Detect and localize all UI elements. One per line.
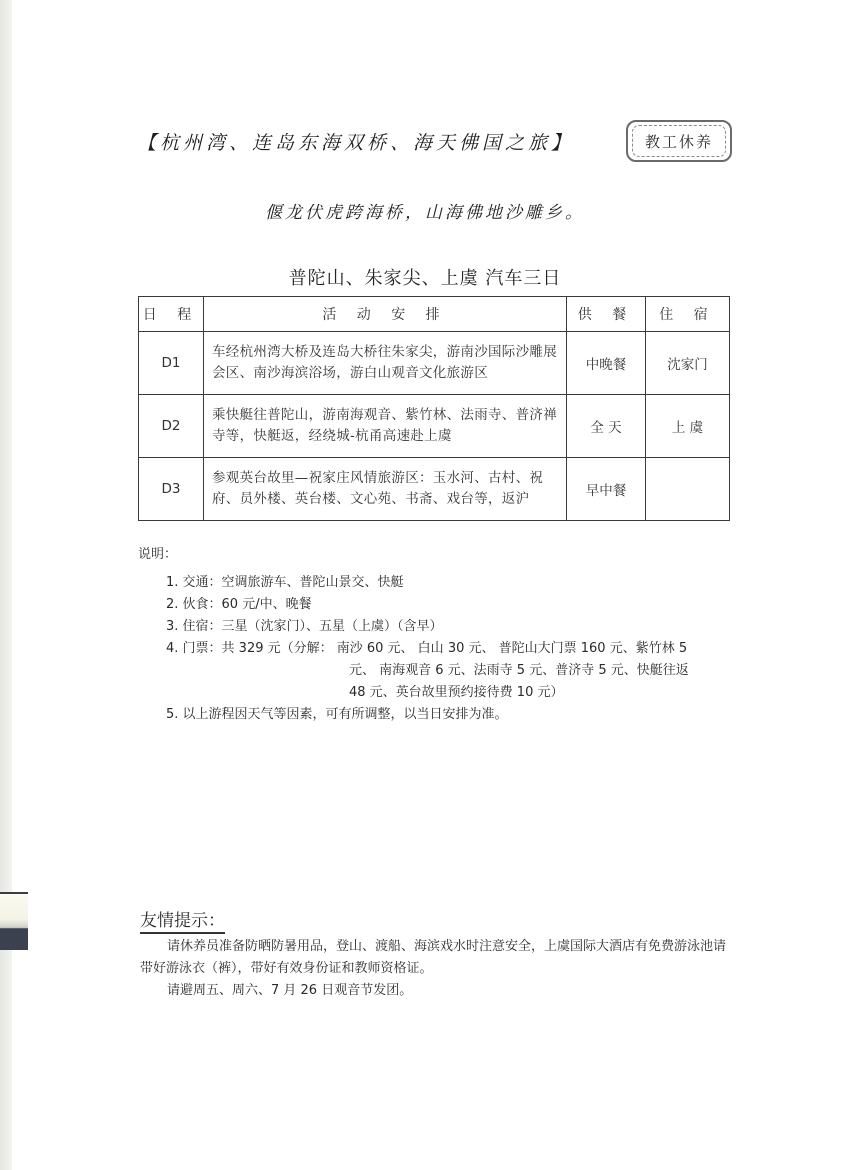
cell-lodging: 沈家门 — [646, 332, 730, 395]
note-meals: 2. 伙食：60 元/中、晚餐 — [166, 594, 746, 616]
column-header-lodging: 住 宿 — [646, 297, 730, 332]
note-tickets-cont: 元、 南海观音 6 元、法雨寺 5 元、普济寺 5 元、快艇往返 — [166, 660, 746, 682]
column-header-activity: 活 动 安 排 — [204, 297, 567, 332]
note-tickets-cont: 48 元、英台故里预约接待费 10 元） — [166, 682, 746, 704]
stamp-label: 教工休养 — [642, 131, 716, 152]
scan-edge — [0, 0, 12, 1170]
cell-day: D2 — [139, 395, 204, 458]
tip-paragraph: 请休养员准备防晒防暑用品，登山、渡船、海滨戏水时注意安全，上虞国际大酒店有免费游… — [140, 936, 730, 980]
cell-meals: 中晚餐 — [567, 332, 646, 395]
stamp-badge: 教工休养 — [626, 120, 732, 162]
notes-list: 1. 交通：空调旅游车、普陀山景交、快艇 2. 伙食：60 元/中、晚餐 3. … — [166, 572, 746, 726]
cell-lodging — [646, 458, 730, 521]
table-row: D1 车经杭州湾大桥及连岛大桥往朱家尖，游南沙国际沙雕展会区、南沙海滨浴场，游白… — [139, 332, 730, 395]
trip-title: 【杭州湾、连岛东海双桥、海天佛国之旅】 — [137, 128, 574, 155]
itinerary-subtitle: 普陀山、朱家尖、上虞 汽车三日 — [0, 264, 850, 290]
cell-day: D1 — [139, 332, 204, 395]
cell-meals: 早中餐 — [567, 458, 646, 521]
notes-heading: 说明： — [138, 543, 177, 562]
tips-heading: 友情提示： — [140, 906, 225, 934]
slogan: 偃龙伏虎跨海桥，山海佛地沙雕乡。 — [0, 198, 850, 223]
scan-artifact — [0, 892, 28, 950]
tips-body: 请休养员准备防晒防暑用品，登山、渡船、海滨戏水时注意安全，上虞国际大酒店有免费游… — [140, 936, 730, 1002]
tip-paragraph: 请避周五、周六、7 月 26 日观音节发团。 — [140, 980, 730, 1002]
table-header-row: 日 程 活 动 安 排 供 餐 住 宿 — [139, 297, 730, 332]
column-header-day: 日 程 — [139, 297, 204, 332]
cell-day: D3 — [139, 458, 204, 521]
note-adjustment: 5. 以上游程因天气等因素，可有所调整，以当日安排为准。 — [166, 704, 746, 726]
note-transport: 1. 交通：空调旅游车、普陀山景交、快艇 — [166, 572, 746, 594]
table-row: D2 乘快艇往普陀山，游南海观音、紫竹林、法雨寺、普济禅寺等，快艇返，经绕城-杭… — [139, 395, 730, 458]
schedule-table: 日 程 活 动 安 排 供 餐 住 宿 D1 车经杭州湾大桥及连岛大桥往朱家尖，… — [138, 296, 730, 521]
cell-activity: 乘快艇往普陀山，游南海观音、紫竹林、法雨寺、普济禅寺等，快艇返，经绕城-杭甬高速… — [204, 395, 567, 458]
note-lodging: 3. 住宿：三星（沈家门）、五星（上虞）（含早） — [166, 616, 746, 638]
cell-lodging: 上 虞 — [646, 395, 730, 458]
cell-activity: 参观英台故里—祝家庄风情旅游区：玉水河、古村、祝府、员外楼、英台楼、文心苑、书斋… — [204, 458, 567, 521]
cell-activity: 车经杭州湾大桥及连岛大桥往朱家尖，游南沙国际沙雕展会区、南沙海滨浴场，游白山观音… — [204, 332, 567, 395]
note-tickets: 4. 门票：共 329 元（分解： 南沙 60 元、 白山 30 元、 普陀山大… — [166, 638, 746, 660]
cell-meals: 全 天 — [567, 395, 646, 458]
column-header-meals: 供 餐 — [567, 297, 646, 332]
table-row: D3 参观英台故里—祝家庄风情旅游区：玉水河、古村、祝府、员外楼、英台楼、文心苑… — [139, 458, 730, 521]
